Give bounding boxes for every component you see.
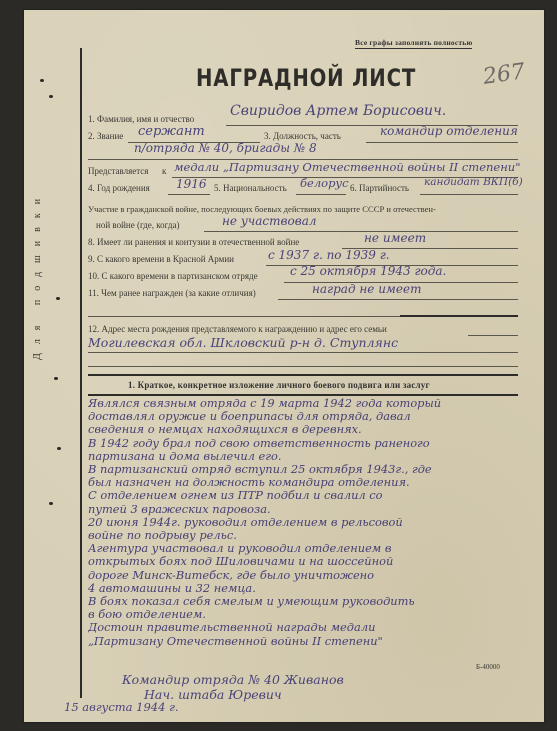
hole-punch-mark	[56, 297, 60, 300]
hole-punch-mark	[57, 447, 61, 450]
field-label: ной войне (где, когда)	[96, 220, 180, 230]
field-value: Могилевская обл. Шкловский р-н д. Ступля…	[88, 335, 398, 350]
field-label: 10. С какого времени в партизанском отря…	[88, 271, 258, 281]
hole-punch-mark	[54, 377, 58, 380]
field-label: Участие в гражданской войне, последующих…	[88, 204, 436, 214]
field-value: медали „Партизану Отечественной войны II…	[174, 160, 521, 174]
narrative-line: С отделением огнем из ПТР подбил и свали…	[88, 489, 528, 502]
field-label: 11. Чем ранее награжден (за какие отличи…	[88, 288, 256, 298]
narrative-line: доставлял оружие и боеприпасы для отряда…	[88, 410, 528, 423]
field-value: п/отряда № 40, бригады № 8	[134, 141, 317, 155]
hole-punch-mark	[40, 79, 44, 82]
field-label: 9. С какого времени в Красной Армии	[88, 254, 234, 264]
field-label: 6. Партийность	[350, 183, 409, 193]
field-label: 2. Звание	[88, 131, 123, 141]
fill-all-fields-notice: Все графы заполнять полностью	[355, 38, 472, 49]
field-label: 1. Фамилия, имя и отчество	[88, 114, 194, 124]
field-value: наград не имеет	[312, 282, 421, 296]
field-value: с 1937 г. по 1939 г.	[268, 248, 390, 262]
narrative-line: В 1942 году брал под свою ответственност…	[88, 437, 528, 450]
hole-punch-mark	[49, 502, 53, 505]
narrative-line: Агентура участвовал и руководил отделени…	[88, 542, 528, 555]
narrative-line: был назначен на должность командира отде…	[88, 476, 528, 489]
narrative-line: в бою отделением.	[88, 608, 528, 621]
narrative-line: В боях показал себя смелым и умеющим рук…	[88, 595, 528, 608]
narrative-line: путей 3 вражеских паровоза.	[88, 503, 528, 516]
binding-margin-rule	[80, 48, 82, 698]
field-value: белорус	[300, 176, 349, 190]
narrative-line: Достоин правительственной награды медали	[88, 621, 528, 634]
field-label: 5. Национальность	[214, 183, 287, 193]
narrative-line: „Партизану Отечественной войны II степен…	[88, 635, 528, 648]
section-divider	[88, 394, 518, 396]
field-value: Свиридов Артем Борисович.	[230, 103, 446, 119]
field-label: 8. Имеет ли ранения и контузии в отечест…	[88, 237, 299, 247]
narrative-line: партизана и дома вылечил его.	[88, 450, 528, 463]
feat-description: Являлся связным отряда с 19 марта 1942 г…	[88, 397, 528, 648]
section-heading: 1. Краткое, конкретное изложение личного…	[128, 380, 430, 390]
field-value: 1916	[176, 177, 207, 191]
field-label: 12. Адрес места рождения представляемого…	[88, 324, 387, 334]
field-value: с 25 октября 1943 года.	[290, 264, 446, 278]
field-label: 3. Должность, часть	[264, 131, 341, 141]
hole-punch-mark	[49, 95, 53, 98]
signature-date: 15 августа 1944 г.	[64, 700, 179, 714]
narrative-line: 4 автомашины и 32 немца.	[88, 582, 528, 595]
print-code: Б-40000	[476, 663, 500, 671]
field-label: Представляется	[88, 166, 148, 176]
narrative-line: Являлся связным отряда с 19 марта 1942 г…	[88, 397, 528, 410]
narrative-line: сведения о немцах находящихся в деревнях…	[88, 423, 528, 436]
binding-margin-label: Для подшивки	[32, 190, 43, 360]
narrative-line: войне по подрыву рельс.	[88, 529, 528, 542]
section-divider	[88, 374, 518, 376]
narrative-line: В партизанский отряд вступил 25 октября …	[88, 463, 528, 476]
field-value: не участвовал	[222, 214, 317, 228]
narrative-line: открытых боях под Шиловичами и на шоссей…	[88, 555, 528, 568]
field-value: командир отделения	[380, 124, 518, 138]
narrative-line: дороге Минск-Витебск, где было уничтожен…	[88, 569, 528, 582]
field-value: кандидат ВКП(б)	[424, 176, 523, 188]
field-value: не имеет	[364, 231, 426, 245]
narrative-line: 20 июня 1944г. руководил отделением в ре…	[88, 516, 528, 529]
field-value: сержант	[138, 124, 205, 139]
field-label: 4. Год рождения	[88, 183, 150, 193]
commander-signature: Командир отряда № 40 Живанов	[122, 672, 344, 687]
page-title: НАГРАДНОЙ ЛИСТ	[196, 64, 416, 92]
field-prefix: к	[162, 166, 166, 176]
